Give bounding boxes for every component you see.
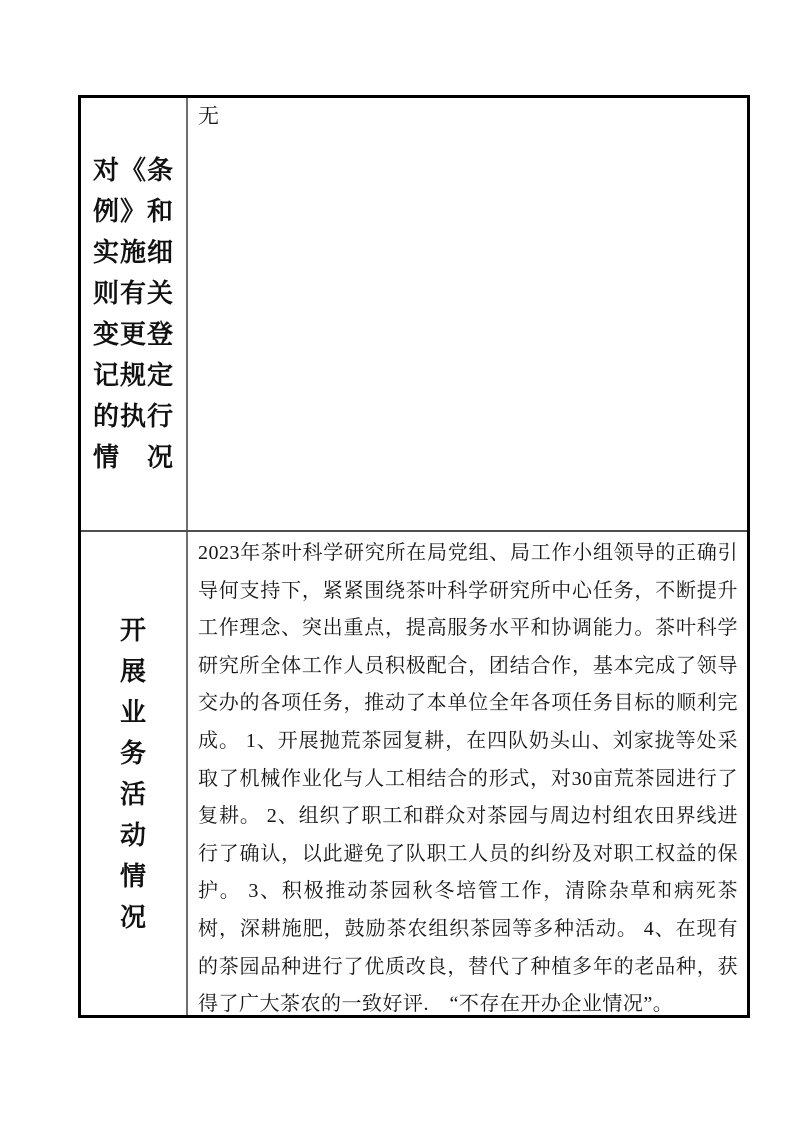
label-line: 记规定: [93, 355, 174, 396]
label-line: 变更登: [93, 314, 174, 355]
label-line: 务: [120, 733, 147, 774]
row-content-regulation-compliance: 无: [188, 98, 747, 530]
label-line: 开: [120, 610, 147, 651]
label-line: 活: [120, 774, 147, 815]
row-label-regulation-compliance: 对《条 例》和 实施细 则有关 变更登 记规定 的执行 情 况: [81, 98, 188, 530]
label-line: 况: [120, 897, 147, 938]
business-activities-text: 2023年茶叶科学研究所在局党组、局工作小组领导的正确引导何支持下，紧紧围绕茶叶…: [198, 535, 738, 1015]
label-line: 实施细: [93, 232, 174, 273]
table-row-regulation-compliance: 对《条 例》和 实施细 则有关 变更登 记规定 的执行 情 况 无: [81, 98, 747, 532]
document-page: 对《条 例》和 实施细 则有关 变更登 记规定 的执行 情 况 无 开 展 业 …: [0, 0, 794, 1122]
table-row-business-activities: 开 展 业 务 活 动 情 况 2023年茶叶科学研究所在局党组、局工作小组领导…: [81, 532, 747, 1015]
registration-form-table: 对《条 例》和 实施细 则有关 变更登 记规定 的执行 情 况 无 开 展 业 …: [78, 95, 750, 1018]
label-line: 情: [120, 856, 147, 897]
label-line: 情 况: [93, 437, 174, 478]
row-label-business-activities: 开 展 业 务 活 动 情 况: [81, 532, 188, 1015]
label-line: 业: [120, 692, 147, 733]
row-content-business-activities: 2023年茶叶科学研究所在局党组、局工作小组领导的正确引导何支持下，紧紧围绕茶叶…: [188, 532, 747, 1015]
label-line: 则有关: [93, 273, 174, 314]
label-line: 例》和: [93, 191, 174, 232]
label-line: 展: [120, 651, 147, 692]
label-line: 对《条: [93, 150, 174, 191]
label-line: 动: [120, 815, 147, 856]
regulation-compliance-value: 无: [198, 101, 738, 131]
label-line: 的执行: [93, 396, 174, 437]
